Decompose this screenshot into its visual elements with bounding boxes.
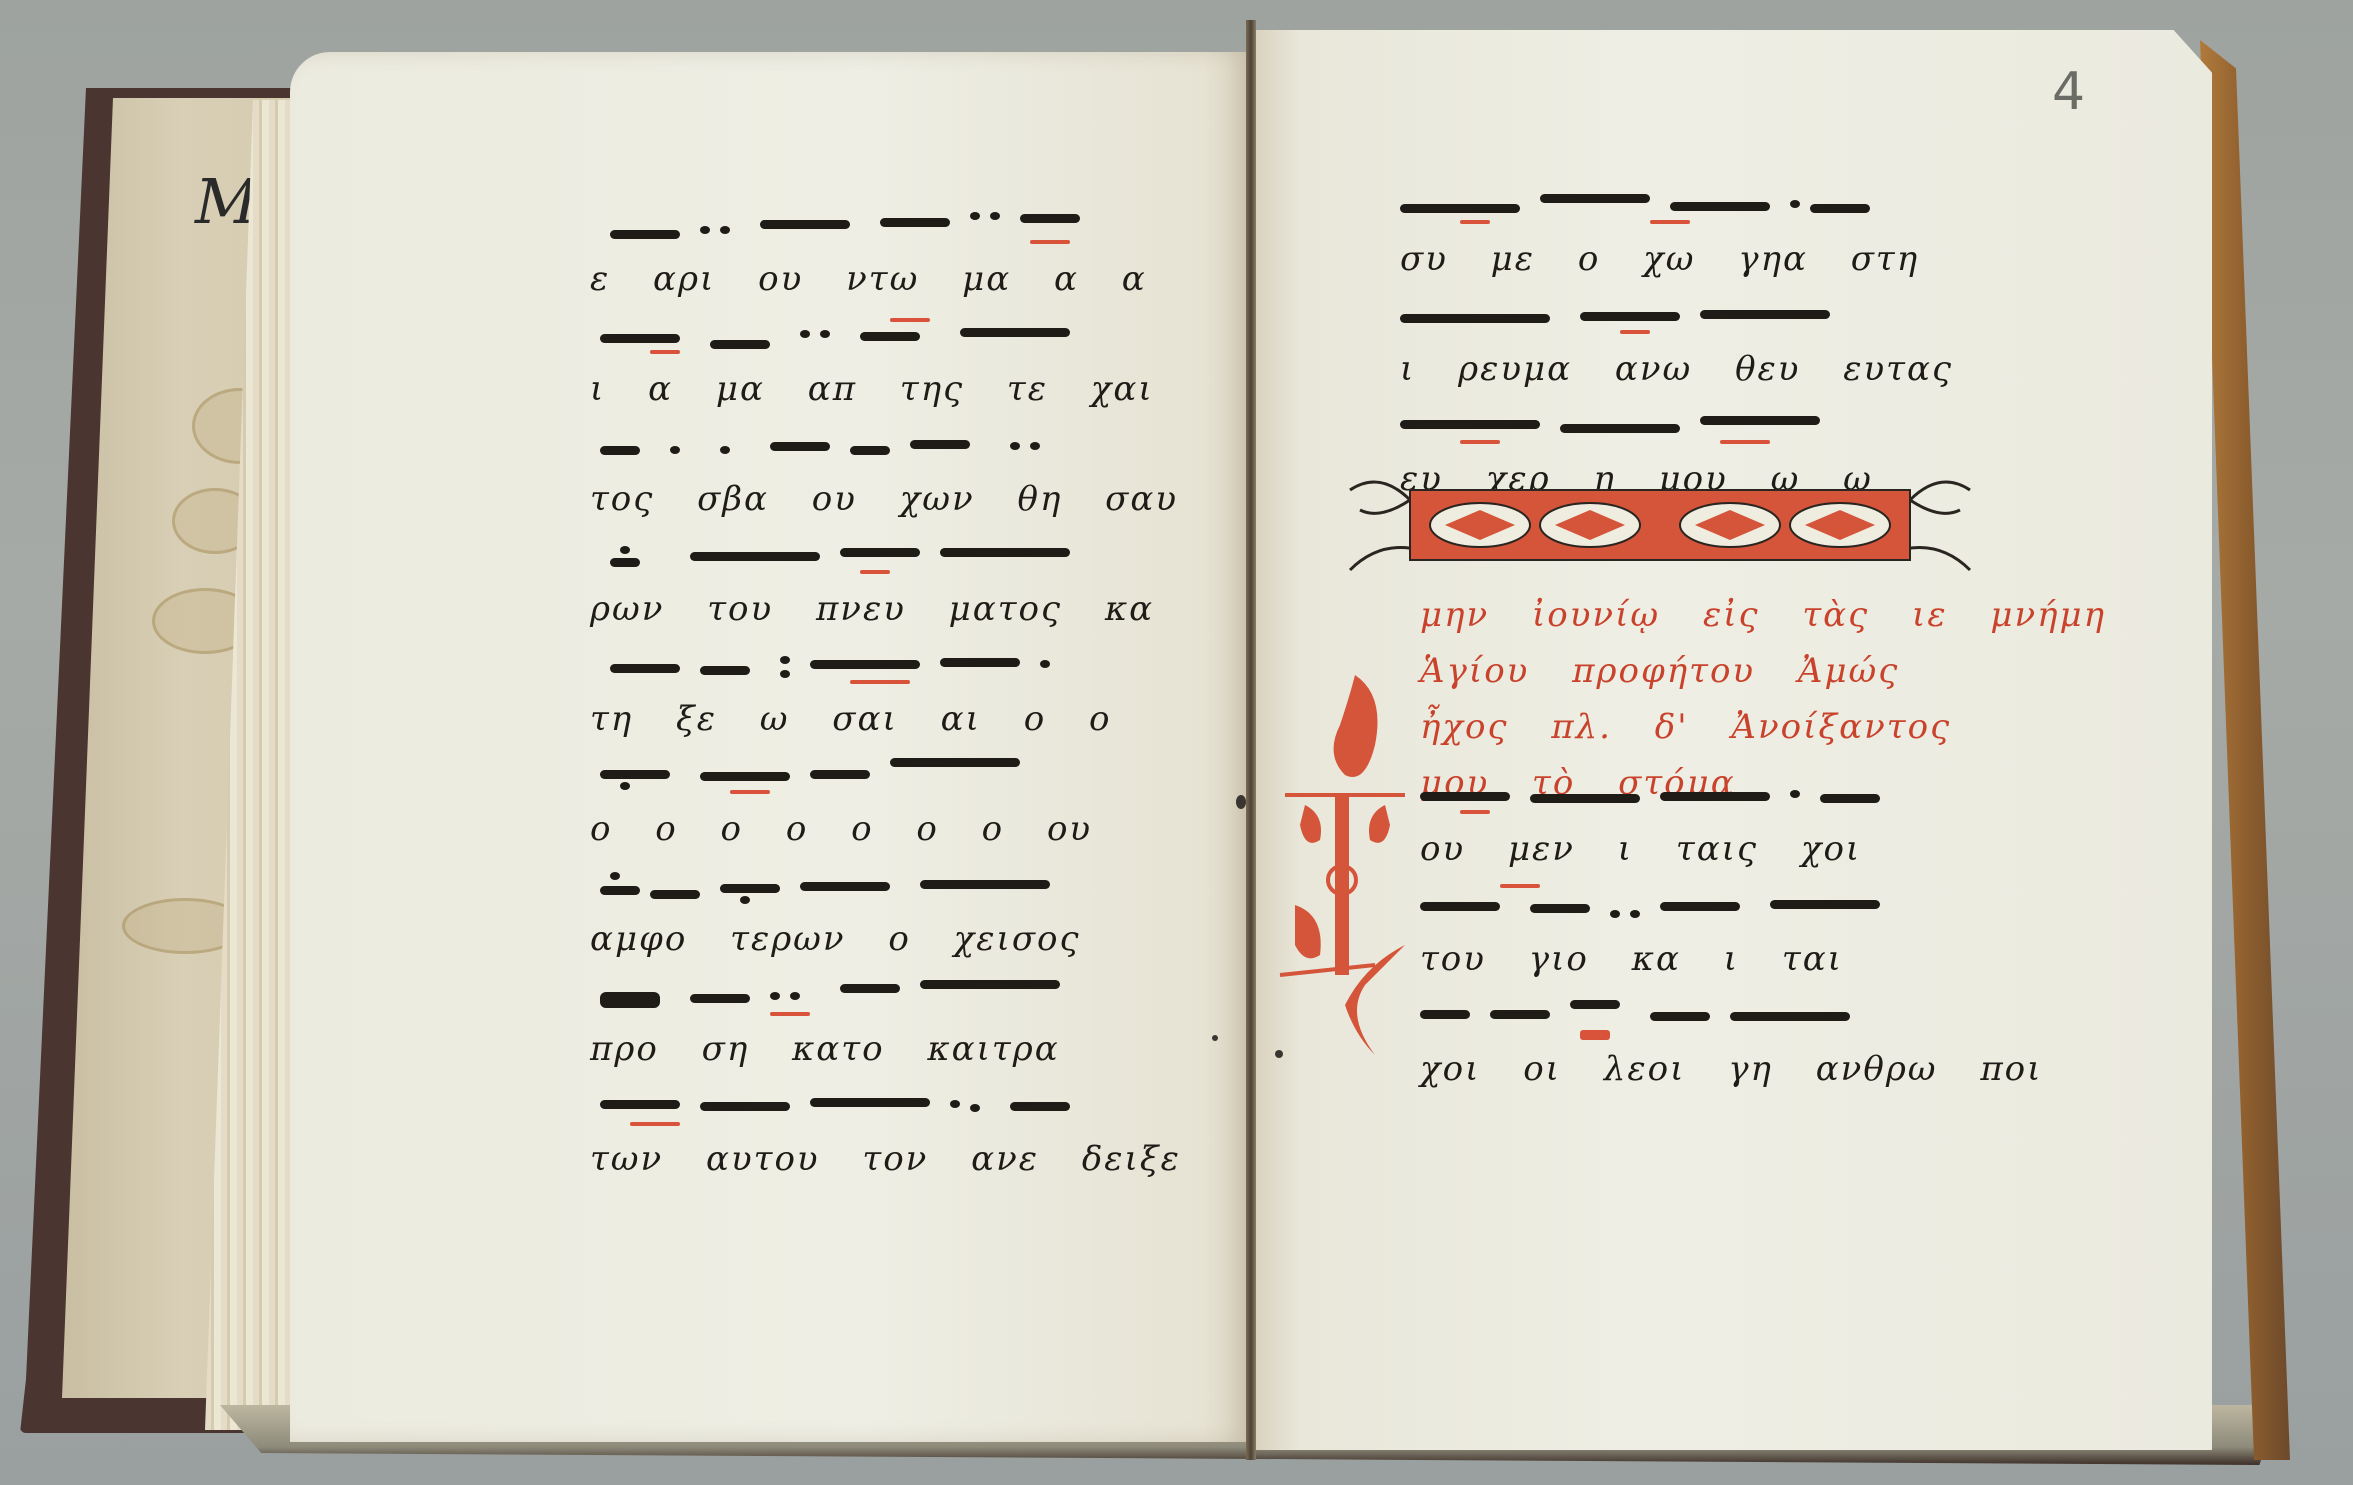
lyric-line: ε αρι ου ντω μα α α: [590, 254, 1110, 304]
left-text-block: ε αρι ου ντω μα α α ι α μα απ της τε χαι…: [590, 200, 1110, 1190]
lyric-line: τη ξε ω σαι αι ο ο: [590, 694, 1110, 744]
neume-line: [1420, 880, 1940, 926]
neume-line: [1420, 990, 1940, 1036]
neume-line: [1400, 290, 1920, 336]
rubric-line: μην ἰουνίῳ εἰς τὰς ιε μνήμη: [1420, 590, 1960, 640]
neume-line: [590, 200, 1110, 246]
lyric-line: προ ση κατο καιτρα: [590, 1024, 1110, 1074]
neume-line: [590, 530, 1110, 576]
lyric-line: ο ο ο ο ο ο ο ου: [590, 804, 1110, 854]
manuscript-photo: Ms 4 ε αρι ου ντω μα α α ι α μα απ της τ…: [0, 0, 2353, 1485]
neume-line: [590, 970, 1110, 1016]
neume-line: [1400, 180, 1920, 226]
rubric-line: ἦχος πλ. δ' Ἀνοίξαντος: [1420, 702, 1960, 752]
lyric-line: ι ρευμα ανω θευ ευτας: [1400, 344, 1920, 394]
ink-dot: [1236, 795, 1246, 809]
lyric-line: χοι οι λεοι γη ανθρω ποι: [1420, 1044, 1940, 1094]
right-text-block-upper: συ με ο χω γηα στη ι ρευμα ανω θευ ευτας…: [1400, 180, 1920, 510]
lyric-line: συ με ο χω γηα στη: [1400, 234, 1920, 284]
rubric-line: Ἁγίου προφήτου Ἀμώς: [1420, 646, 1960, 696]
lyric-line: αμφο τερων ο χεισος: [590, 914, 1110, 964]
neume-line: [590, 1080, 1110, 1126]
lyric-line: τος σβα ου χων θη σαυ: [590, 474, 1110, 524]
gutter: [1246, 20, 1256, 1460]
neume-line: [590, 750, 1110, 796]
right-text-block-lower: ου μεν ι ταις χοι του γιο κα ι ται χοι ο…: [1420, 770, 1940, 1100]
ink-dot: [1275, 1050, 1283, 1058]
lyric-line: ι α μα απ της τε χαι: [590, 364, 1110, 414]
neume-line: [590, 310, 1110, 356]
interlace-headpiece: [1340, 470, 1980, 580]
lyric-line: των αυτου τον ανε δειξε: [590, 1134, 1110, 1184]
neume-line: [590, 640, 1110, 686]
lyric-line: ου μεν ι ταις χοι: [1420, 824, 1940, 874]
neume-line: [1400, 400, 1920, 446]
lyric-line: ρων του πνευ ματος κα: [590, 584, 1110, 634]
lyric-line: του γιο κα ι ται: [1420, 934, 1940, 984]
folio-number: 4: [2052, 62, 2085, 122]
decorated-initial: [1275, 665, 1425, 1065]
fore-edge-right: [2200, 40, 2290, 1460]
neume-line: [590, 420, 1110, 466]
neume-line: [1420, 770, 1940, 816]
neume-line: [590, 860, 1110, 906]
ink-dot: [1212, 1035, 1218, 1041]
